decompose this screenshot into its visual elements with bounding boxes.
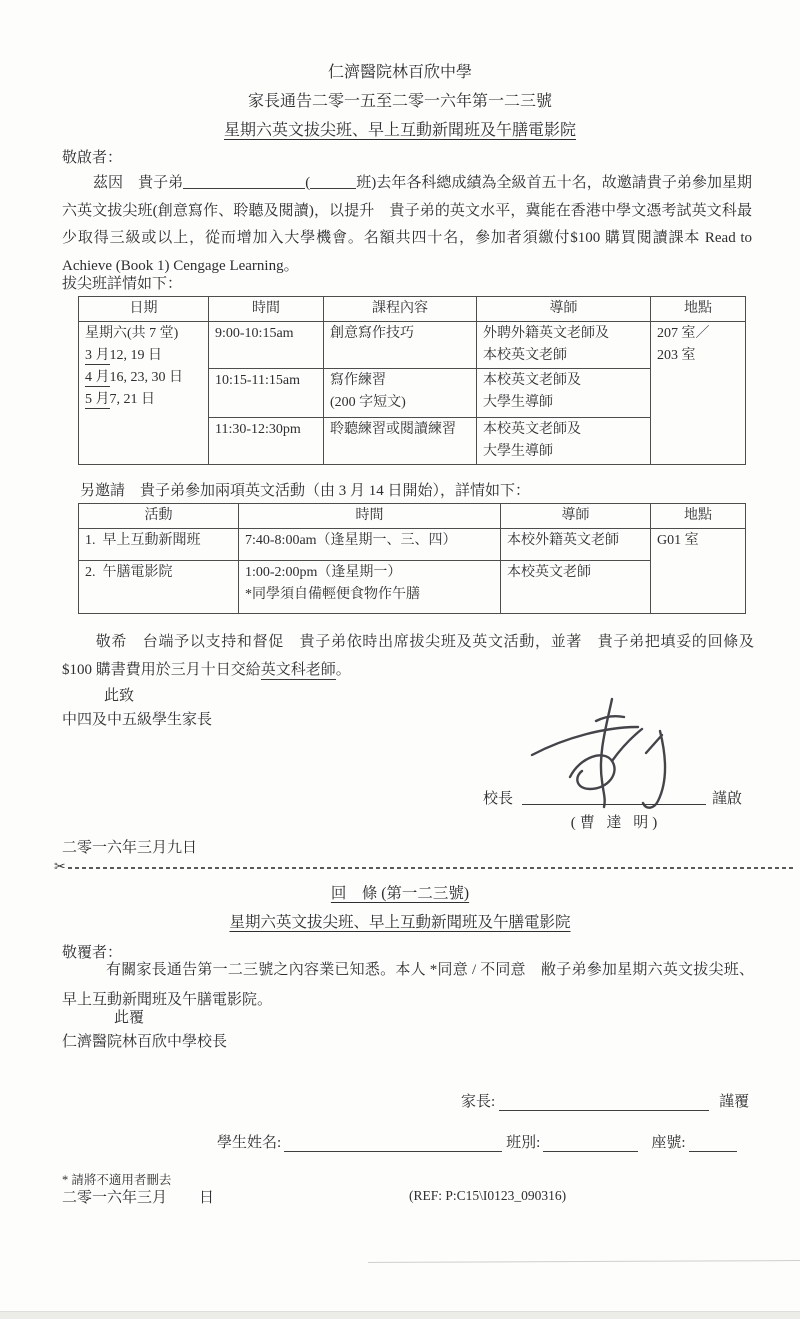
tutorial-class-table: 日期 時間 課程內容 導師 地點 星期六(共 7 堂) 3 月12, 19 日 … xyxy=(78,296,746,465)
tutor-cell: 本校英文老師 xyxy=(501,561,651,614)
col-header-activity: 活動 xyxy=(79,504,239,529)
scan-artifact-line xyxy=(368,1260,800,1263)
tutor-cell: 本校英文老師及大學生導師 xyxy=(477,369,651,418)
parent-sign-blank xyxy=(499,1093,709,1111)
parent-sign-off: 謹覆 xyxy=(719,1090,749,1111)
time-cell: 7:40-8:00am（逢星期一、三、四） xyxy=(239,529,501,561)
tutor-cell: 外聘外籍英文老師及本校英文老師 xyxy=(477,322,651,369)
col-header-time: 時間 xyxy=(209,297,324,322)
closing-underlined: 英文科老師 xyxy=(261,662,336,680)
date-cell: 星期六(共 7 堂) 3 月12, 19 日 4 月16, 23, 30 日 5… xyxy=(79,322,209,465)
notice-subject: 星期六英文拔尖班、早上互動新聞班及午膳電影院 xyxy=(224,122,576,139)
reference-code: (REF: P:C15\I0123_090316) xyxy=(409,1188,566,1204)
content-cell: 寫作練習(200 字短文) xyxy=(324,369,477,418)
closing-text: 敬希 台端予以支持和督促 貴子弟依時出席拔尖班及英文活動，並著 貴子弟把填妥的回… xyxy=(62,634,754,678)
content-cell: 聆聽練習或閱讀練習 xyxy=(324,418,477,465)
seat-blank xyxy=(689,1134,737,1152)
col-header-venue: 地點 xyxy=(651,504,746,529)
class-blank xyxy=(310,173,356,189)
cc-block: 此致 中四及中五級學生家長 xyxy=(62,684,212,732)
activities-intro: 另邀請 貴子弟參加兩項英文活動（由 3 月 14 日開始），詳情如下： xyxy=(80,479,530,500)
class-blank xyxy=(543,1134,638,1152)
scanned-notice-page: 仁濟醫院林百欣中學 家長通告二零一五至二零一六年第一二三號 星期六英文拔尖班、早… xyxy=(0,0,800,1319)
reply-cc-target: 仁濟醫院林百欣中學校長 xyxy=(62,1030,227,1054)
student-info-row: 學生姓名: 班別: 座號: xyxy=(217,1131,737,1152)
school-name: 仁濟醫院林百欣中學 xyxy=(0,58,800,87)
time-cell: 1:00-2:00pm（逢星期一）*同學須自備輕便食物作午膳 xyxy=(239,561,501,614)
notice-number: 家長通告二零一五至二零一六年第一二三號 xyxy=(0,87,800,116)
class-label: 班別: xyxy=(506,1131,540,1152)
notice-date: 二零一六年三月九日 xyxy=(62,836,197,857)
reply-slip-title: 回 條 (第一二三號) 星期六英文拔尖班、早上互動新聞班及午膳電影院 xyxy=(0,879,800,937)
activities-table: 活動 時間 導師 地點 1. 早上互動新聞班 7:40-8:00am（逢星期一、… xyxy=(78,503,746,614)
col-header-content: 課程內容 xyxy=(324,297,477,322)
intro-text-pre: 茲因 貴子弟 xyxy=(93,175,183,191)
principal-name: (曹 達 明) xyxy=(558,811,674,832)
reply-cc-block: 此覆 仁濟醫院林百欣中學校長 xyxy=(62,1006,227,1054)
activity-cell: 1. 早上互動新聞班 xyxy=(79,529,239,561)
reply-date: 二零一六年三月日 xyxy=(62,1186,214,1207)
col-header-time: 時間 xyxy=(239,504,501,529)
parent-sign-row: 家長: 謹覆 xyxy=(461,1090,749,1111)
venue-cell: G01 室 xyxy=(651,529,746,614)
time-cell: 9:00-10:15am xyxy=(209,322,324,369)
col-header-tutor: 導師 xyxy=(477,297,651,322)
student-name-blank xyxy=(183,173,305,189)
principal-sign-line xyxy=(522,804,706,805)
scissors-icon: ✂ xyxy=(54,861,66,875)
parent-label: 家長: xyxy=(461,1090,495,1111)
content-cell: 創意寫作技巧 xyxy=(324,322,477,369)
intro-paragraph: 茲因 貴子弟(班)去年各科總成績為全級首五十名，故邀請貴子弟參加星期六英文拔尖班… xyxy=(62,170,752,280)
time-cell: 11:30-12:30pm xyxy=(209,418,324,465)
reply-title-text: 回 條 (第一二三號) xyxy=(331,885,469,902)
cc-label: 此致 xyxy=(62,684,212,708)
table1-intro: 拔尖班詳情如下： xyxy=(62,272,182,293)
student-name-blank xyxy=(284,1134,502,1152)
student-name-label: 學生姓名: xyxy=(217,1131,281,1152)
principal-signature xyxy=(526,695,686,827)
notice-header: 仁濟醫院林百欣中學 家長通告二零一五至二零一六年第一二三號 星期六英文拔尖班、早… xyxy=(0,58,800,145)
time-cell: 10:15-11:15am xyxy=(209,369,324,418)
activity-cell: 2. 午膳電影院 xyxy=(79,561,239,614)
reply-cc-label: 此覆 xyxy=(62,1006,227,1030)
tutor-cell: 本校外籍英文老師 xyxy=(501,529,651,561)
tutor-cell: 本校英文老師及大學生導師 xyxy=(477,418,651,465)
cc-target: 中四及中五級學生家長 xyxy=(62,708,212,732)
reply-subject: 星期六英文拔尖班、早上互動新聞班及午膳電影院 xyxy=(229,914,570,931)
dashed-cut-line xyxy=(68,867,794,869)
signature-block: 校長 謹啟 (曹 達 明) xyxy=(440,705,770,855)
seat-label: 座號: xyxy=(651,1131,685,1152)
col-header-date: 日期 xyxy=(79,297,209,322)
venue-cell: 207 室／203 室 xyxy=(651,322,746,465)
cut-line: ✂ xyxy=(54,861,794,875)
col-header-venue: 地點 xyxy=(651,297,746,322)
closing-paragraph: 敬希 台端予以支持和督促 貴子弟依時出席拔尖班及英文活動，並著 貴子弟把填妥的回… xyxy=(62,628,754,684)
scan-bottom-edge xyxy=(0,1311,800,1319)
salutation: 敬啟者： xyxy=(62,146,122,167)
sign-off: 謹啟 xyxy=(712,787,742,808)
principal-label: 校長 xyxy=(483,787,513,808)
col-header-tutor: 導師 xyxy=(501,504,651,529)
